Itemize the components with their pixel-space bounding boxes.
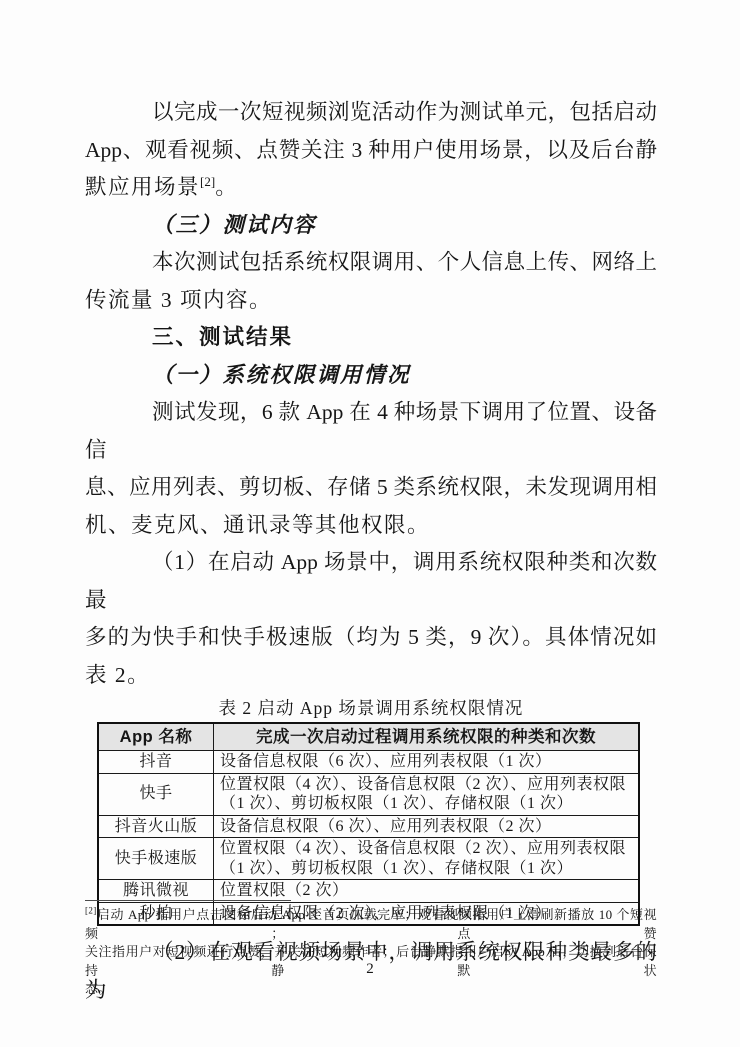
app-name-cell: 腾讯微视 [98, 880, 214, 903]
paragraph-test-items: 本次测试包括系统权限调用、个人信息上传、网络上 传流量 3 项内容。 [85, 244, 657, 319]
paragraph-line: 表 2。 [85, 657, 657, 695]
paragraph-launch-scenario: （1）在启动 App 场景中，调用系统权限种类和次数最 多的为快手和快手极速版（… [85, 544, 657, 694]
permissions-cell: 设备信息权限（6 次）、应用列表权限（1 次） [214, 751, 640, 774]
footnote-marker: [2] [85, 906, 97, 916]
paragraph-line: 传流量 3 项内容。 [85, 282, 657, 320]
app-name-cell: 抖音 [98, 751, 214, 774]
table-row: 腾讯微视 位置权限（2 次） [98, 880, 639, 903]
paragraph-line: （1）在启动 App 场景中，调用系统权限种类和次数最 [85, 544, 657, 619]
paragraph-line: 测试发现，6 款 App 在 4 种场景下调用了位置、设备信 [85, 394, 657, 469]
page-number: 2 [0, 961, 740, 978]
footnote-separator [85, 900, 291, 901]
footnote-area: [2]启动 App 指用户点击图标启动 App 至首页加载完毕；观看视频指用户上… [85, 900, 657, 999]
app-name-cell: 抖音火山版 [98, 815, 214, 838]
table-row: 抖音火山版 设备信息权限（6 次）、应用列表权限（2 次） [98, 815, 639, 838]
table-header-app-name: App 名称 [98, 723, 214, 751]
table-row: 快手极速版 位置权限（4 次）、设备信息权限（2 次）、应用列表权限（1 次）、… [98, 838, 639, 880]
paragraph-line: 多的为快手和快手极速版（均为 5 类，9 次）。具体情况如 [85, 619, 657, 657]
footnote-line: 态。 [85, 980, 657, 999]
paragraph-line: 机、麦克风、通讯录等其他权限。 [85, 507, 657, 545]
table-row: 抖音 设备信息权限（6 次）、应用列表权限（1 次） [98, 751, 639, 774]
document-page: 以完成一次短视频浏览活动作为测试单元，包括启动 App、观看视频、点赞关注 3 … [0, 0, 740, 1047]
document-body: 以完成一次短视频浏览活动作为测试单元，包括启动 App、观看视频、点赞关注 3 … [85, 94, 657, 1009]
app-name-cell: 快手 [98, 773, 214, 815]
paragraph-line: 息、应用列表、剪切板、存储 5 类系统权限，未发现调用相 [85, 469, 657, 507]
paragraph-line: App、观看视频、点赞关注 3 种用户使用场景，以及后台静 [85, 132, 657, 170]
paragraph-test-unit: 以完成一次短视频浏览活动作为测试单元，包括启动 App、观看视频、点赞关注 3 … [85, 94, 657, 207]
footnote-reference: [2] [200, 174, 215, 189]
table-row: 快手 位置权限（4 次）、设备信息权限（2 次）、应用列表权限（1 次）、剪切板… [98, 773, 639, 815]
paragraph-text: 。 [215, 175, 238, 199]
paragraph-line: 以完成一次短视频浏览活动作为测试单元，包括启动 [85, 94, 657, 132]
paragraph-line: 默应用场景[2]。 [85, 169, 657, 207]
table-header-row: App 名称 完成一次启动过程调用系统权限的种类和次数 [98, 723, 639, 751]
paragraph-findings: 测试发现，6 款 App 在 4 种场景下调用了位置、设备信 息、应用列表、剪切… [85, 394, 657, 544]
footnote-text: 启动 App 指用户点击图标启动 App 至首页加载完毕；观看视频指用户上滑刷新… [85, 907, 657, 941]
permissions-cell: 设备信息权限（6 次）、应用列表权限（2 次） [214, 815, 640, 838]
heading-system-permissions: （一）系统权限调用情况 [85, 357, 657, 395]
paragraph-text: 默应用场景 [85, 175, 200, 199]
app-name-cell: 快手极速版 [98, 838, 214, 880]
paragraph-line: 本次测试包括系统权限调用、个人信息上传、网络上 [85, 244, 657, 282]
heading-test-results: 三、测试结果 [85, 319, 657, 357]
heading-test-content: （三）测试内容 [85, 207, 657, 245]
table-header-permissions: 完成一次启动过程调用系统权限的种类和次数 [214, 723, 640, 751]
permissions-table: App 名称 完成一次启动过程调用系统权限的种类和次数 抖音 设备信息权限（6 … [97, 722, 640, 926]
table-caption: 表 2 启动 App 场景调用系统权限情况 [85, 694, 657, 722]
permissions-cell: 位置权限（4 次）、设备信息权限（2 次）、应用列表权限（1 次）、剪切板权限（… [214, 773, 640, 815]
footnote-line: [2]启动 App 指用户点击图标启动 App 至首页加载完毕；观看视频指用户上… [85, 906, 657, 943]
permissions-cell: 位置权限（4 次）、设备信息权限（2 次）、应用列表权限（1 次）、剪切板权限（… [214, 838, 640, 880]
permissions-cell: 位置权限（2 次） [214, 880, 640, 903]
